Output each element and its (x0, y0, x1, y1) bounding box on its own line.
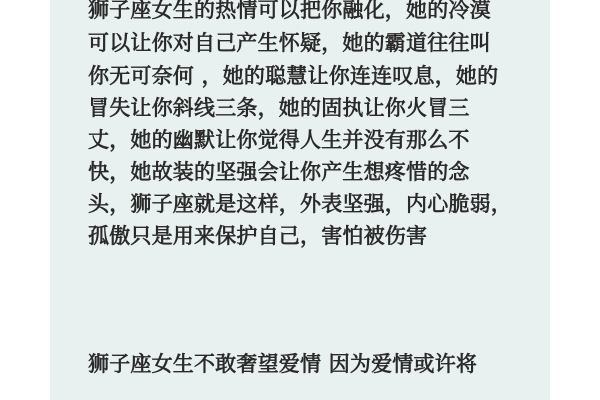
paragraph-1-line-8: 孤傲只是用来保护自己，害怕被伤害 (88, 220, 427, 252)
paragraph-2-line-1: 狮子座女生不敢奢望爱情 因为爱情或许将 (88, 348, 477, 380)
paragraph-1-line-2: 可以让你对自己产生怀疑，她的霸道往往叫 (88, 27, 491, 59)
paragraph-1-line-3: 你无可奈何 ，她的聪慧让你连连叹息，她的 (88, 60, 498, 92)
paragraph-1-line-4: 冒失让你斜线三条，她的固执让你火冒三 (88, 92, 470, 124)
paragraph-1-line-7: 头，狮子座就是这样，外表坚强，内心脆弱， (88, 188, 512, 220)
paragraph-1-line-1: 狮子座女生的热情可以把你融化，她的冷漠 (88, 0, 491, 26)
paragraph-1-line-5: 丈，她的幽默让你觉得人生并没有那么不 (88, 124, 470, 156)
paragraph-1-line-6: 快，她故装的坚强会让你产生想疼惜的念 (88, 156, 470, 188)
